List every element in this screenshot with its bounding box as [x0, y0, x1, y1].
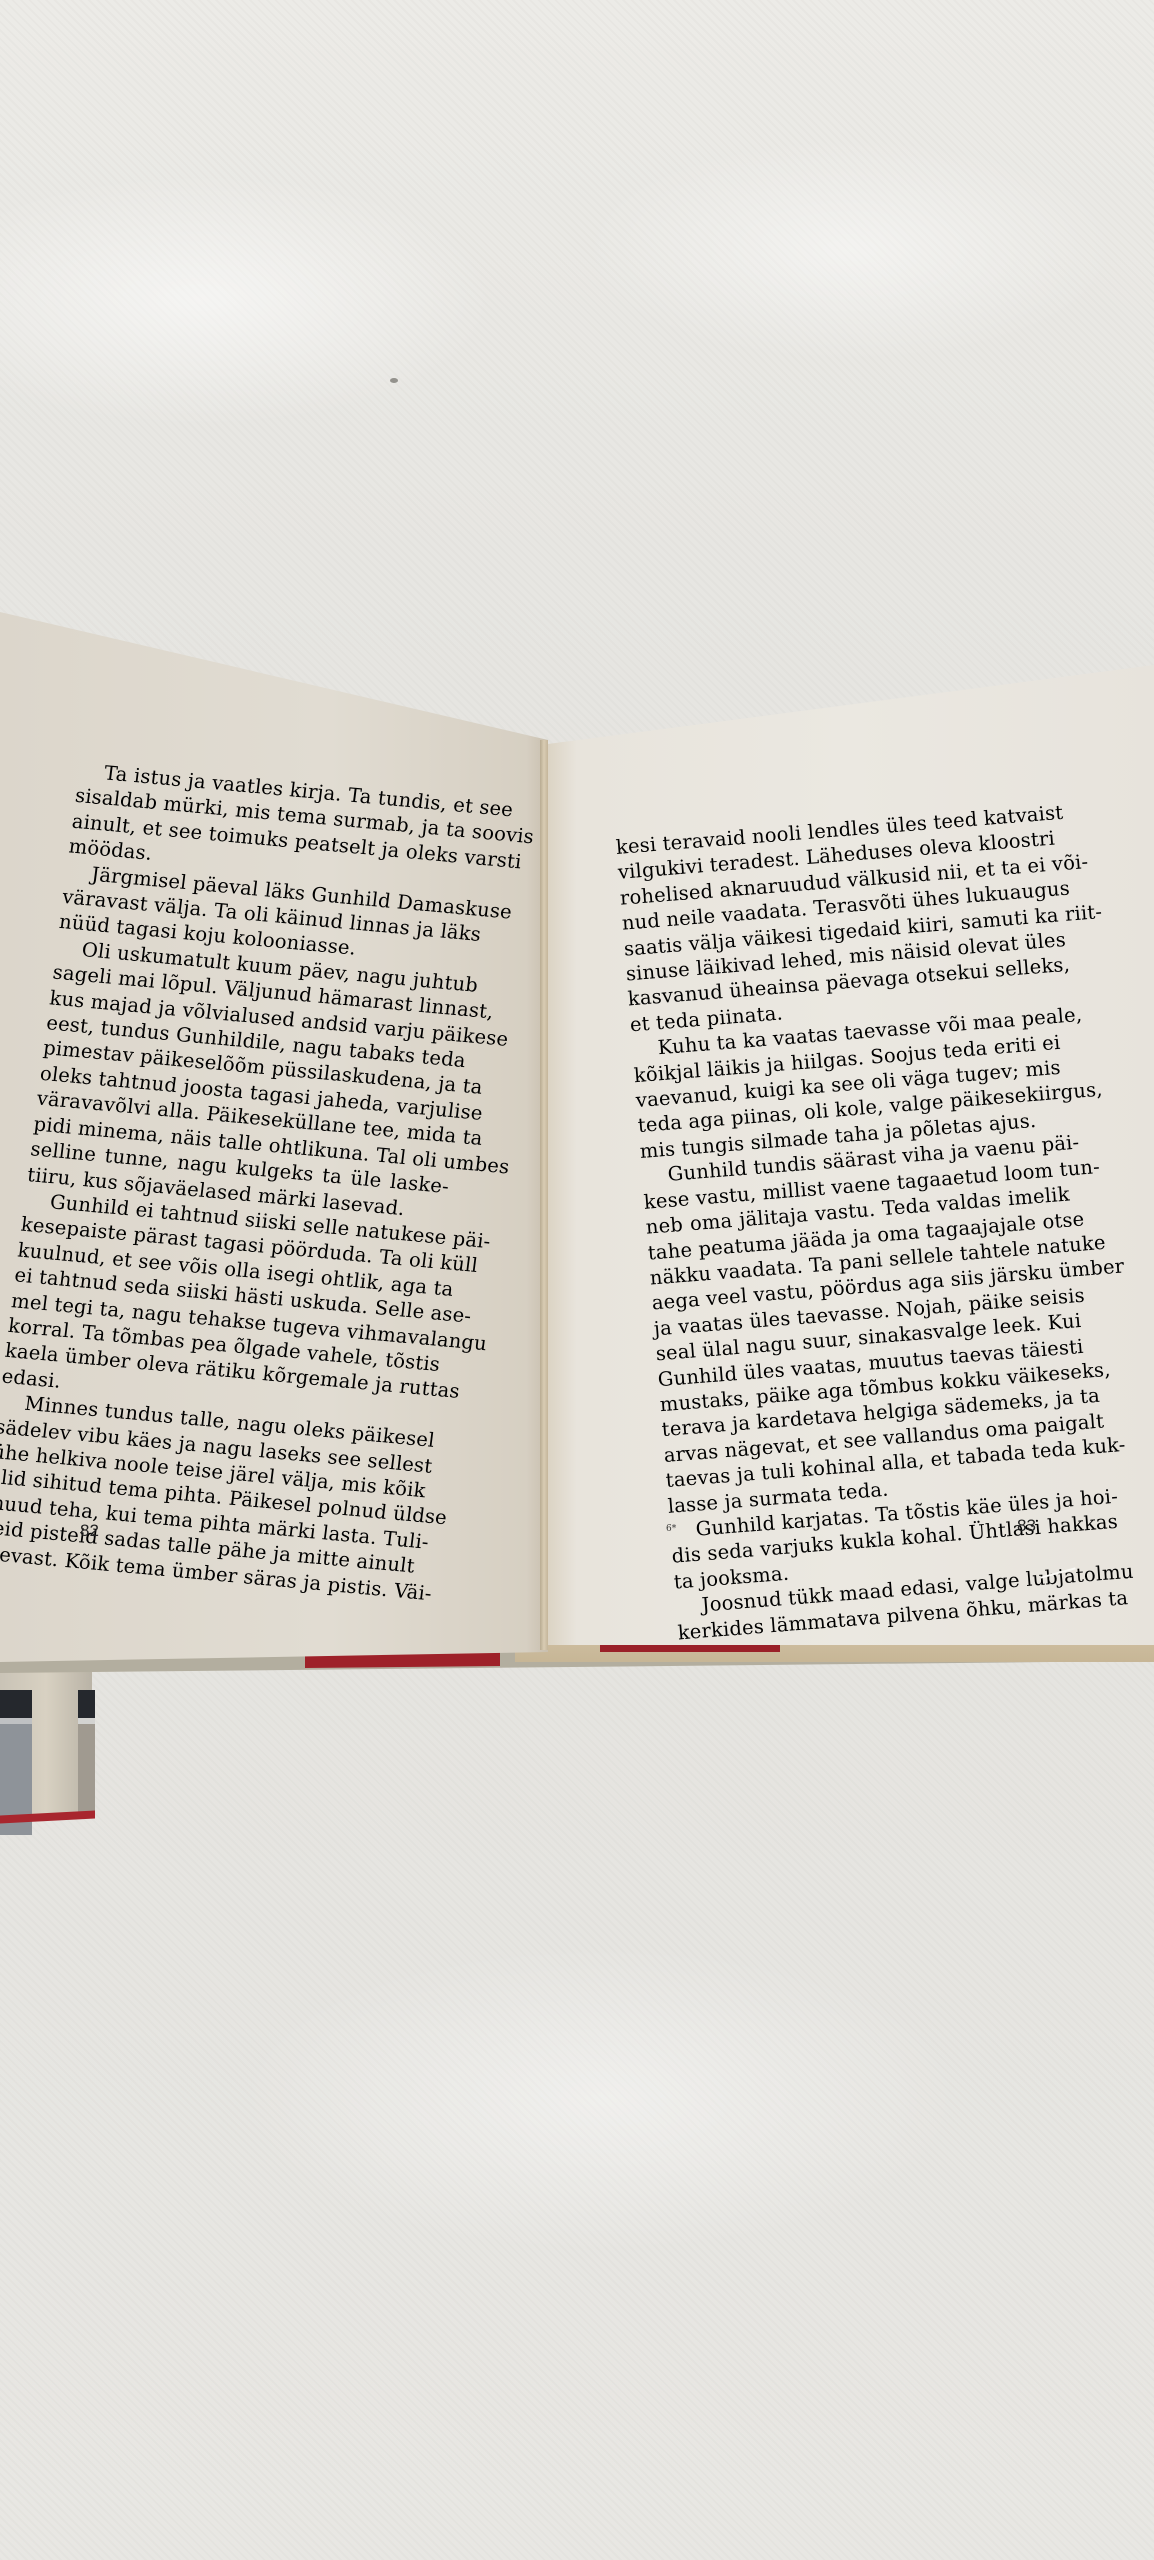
signature-mark: 6* — [666, 1524, 676, 1534]
page-number-left: 82 — [80, 1521, 99, 1541]
book-gutter — [540, 740, 548, 1650]
book-spine — [78, 1690, 95, 1815]
tablecloth-spot — [390, 378, 398, 383]
left-page-text: Ta istus ja vaatles kirja. Ta tundis, et… — [0, 758, 498, 1603]
page-number-right: 83 — [1017, 1516, 1036, 1536]
book-underneath — [0, 1665, 92, 1815]
